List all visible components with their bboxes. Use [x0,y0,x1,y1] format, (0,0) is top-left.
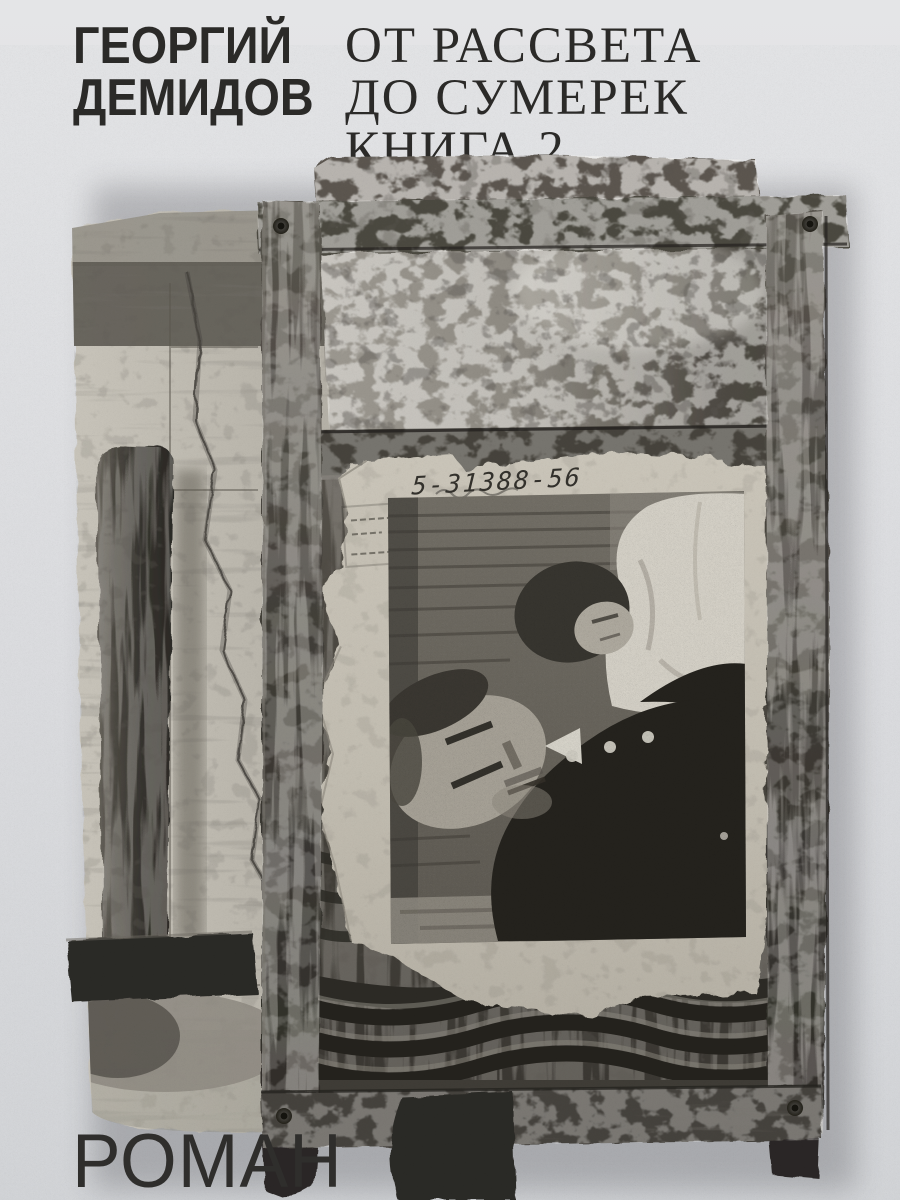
film-grain-overlay [60,150,860,1200]
genre-label: РОМАН [72,1124,343,1200]
collage-artwork: 5-31388-56 б. [0,0,900,1200]
book-cover: ГЕОРГИЙ ДЕМИДОВ ОТ РАССВЕТА ДО СУМЕРЕК К… [0,0,900,1200]
